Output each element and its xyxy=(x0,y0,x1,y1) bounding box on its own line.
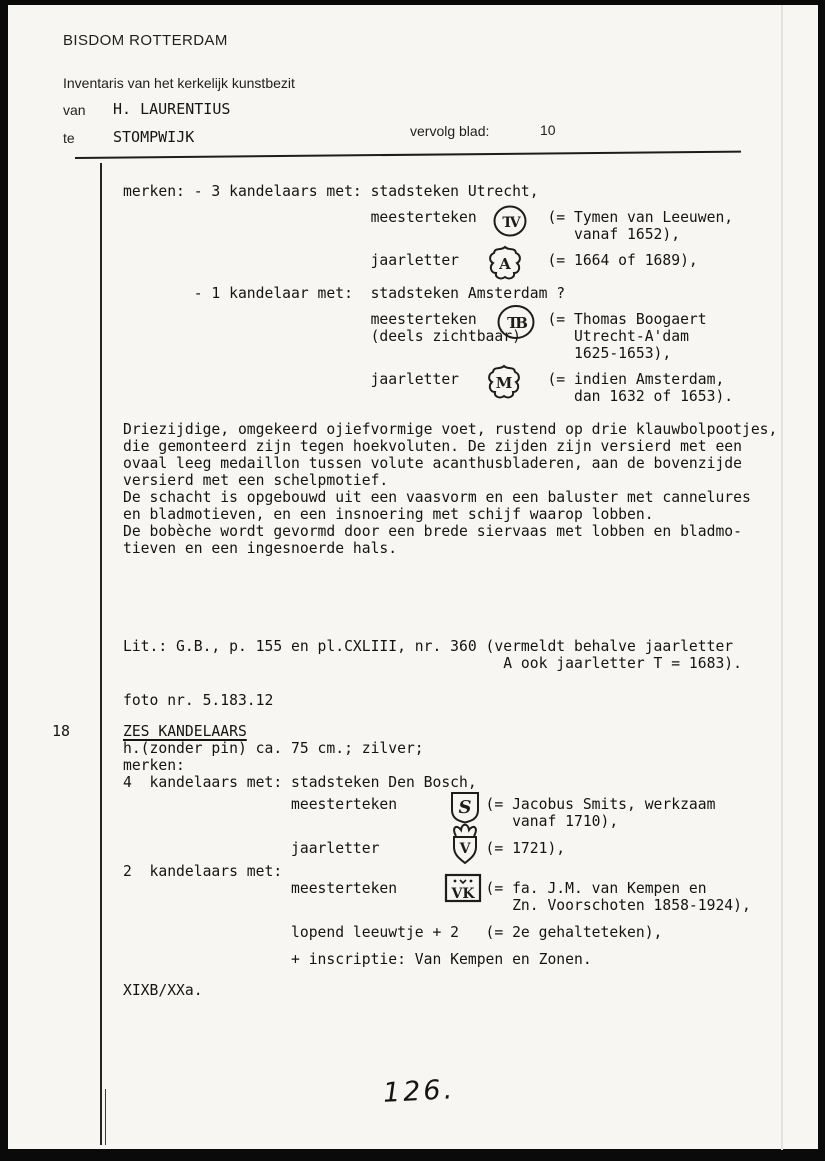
margin-rule-double xyxy=(105,1089,106,1145)
hallmark-shield-meesterteken-denbosch-icon: S xyxy=(449,790,481,824)
label-vervolg-blad: vervolg blad: xyxy=(410,123,489,139)
text-line: meesterteken (= fa. J.M. van Kempen en xyxy=(123,880,707,897)
svg-text:TB: TB xyxy=(507,314,527,332)
margin-rule xyxy=(100,163,102,1145)
text-line: jaarletter (= 1664 of 1689), xyxy=(123,252,698,269)
text-line: tieven en een ingesnoerde hals. xyxy=(123,540,397,557)
svg-text:M: M xyxy=(496,374,513,392)
literature-reference: Lit.: G.B., p. 155 en pl.CXLIII, nr. 360… xyxy=(123,638,733,655)
text-line: meesterteken (= Tymen van Leeuwen, xyxy=(123,209,733,226)
scan-edge-bottom xyxy=(0,1149,825,1161)
text-line: lopend leeuwtje + 2 (= 2e gehalteteken), xyxy=(123,924,662,941)
text-line: (deels zichtbaar) Utrecht-A'dam xyxy=(123,328,689,345)
form-subtitle: Inventaris van het kerkelijk kunstbezit xyxy=(63,75,295,91)
scan-edge-left xyxy=(0,0,8,1161)
text-line: merken: - 3 kandelaars met: stadsteken U… xyxy=(123,183,539,200)
text-line: De bobèche wordt gevormd door een brede … xyxy=(123,523,742,540)
item-number-margin: 18 xyxy=(52,722,70,740)
label-van: van xyxy=(63,102,86,118)
svg-text:V: V xyxy=(459,841,472,857)
text-line: Driezijdige, omgekeerd ojiefvormige voet… xyxy=(123,421,777,438)
label-te: te xyxy=(63,130,75,146)
handwritten-page-number: 126. xyxy=(382,1074,456,1109)
text-line: - 1 kandelaar met: stadsteken Amsterdam … xyxy=(123,285,565,302)
text-line: + inscriptie: Van Kempen en Zonen. xyxy=(123,951,592,968)
scan-edge-right xyxy=(818,0,825,1161)
value-vervolg-blad-number: 10 xyxy=(540,122,556,138)
item-title: ZES KANDELAARS xyxy=(123,723,247,740)
header-rule xyxy=(75,151,741,159)
text-line: versierd met een schelpmotief. xyxy=(123,472,388,489)
hallmark-crowned-shield-jaarletter-icon: V xyxy=(447,822,483,868)
scanned-document-page: BISDOM ROTTERDAM Inventaris van het kerk… xyxy=(0,0,825,1161)
text-line: merken: xyxy=(123,757,185,774)
hallmark-shield-jaarletter-amsterdam-icon: M xyxy=(487,363,521,401)
text-line: meesterteken (= Jacobus Smits, werkzaam xyxy=(123,796,715,813)
text-line: h.(zonder pin) ca. 75 cm.; zilver; xyxy=(123,740,424,757)
classification-code: XIXB/XXa. xyxy=(123,982,203,999)
value-place-name: STOMPWIJK xyxy=(113,128,194,146)
text-line: ovaal leeg medaillon tussen volute acant… xyxy=(123,455,742,472)
text-line: meesterteken (= Thomas Boogaert xyxy=(123,311,707,328)
text-line: 4 kandelaars met: stadsteken Den Bosch, xyxy=(123,774,477,791)
text-line: jaarletter (= 1721), xyxy=(123,840,565,857)
text-line: De schacht is opgebouwd uit een vaasvorm… xyxy=(123,489,751,506)
text-line: vanaf 1652), xyxy=(123,226,680,243)
text-line: jaarletter (= indien Amsterdam, xyxy=(123,371,724,388)
hallmark-shield-jaarletter-utrecht-icon: A xyxy=(487,244,523,282)
form-org-title: BISDOM ROTTERDAM xyxy=(63,32,228,49)
text-line: 1625-1653), xyxy=(123,345,671,362)
text-line: vanaf 1710), xyxy=(123,813,618,830)
hallmark-box-meesterteken-vankempen-icon: VK xyxy=(443,868,483,904)
value-parish-name: H. LAURENTIUS xyxy=(113,100,230,118)
literature-reference: A ook jaarletter T = 1683). xyxy=(123,655,742,672)
hallmark-circle-meesterteken-amsterdam-icon: TB xyxy=(496,304,536,342)
svg-text:A: A xyxy=(498,255,511,273)
scan-edge-top xyxy=(0,0,825,5)
svg-text:S: S xyxy=(459,797,472,818)
text-line: 2 kandelaars met: xyxy=(123,863,282,880)
text-line: Zn. Voorschoten 1858-1924), xyxy=(123,897,751,914)
hallmark-circle-meesterteken-utrecht-icon: TV xyxy=(492,204,528,238)
text-line: en bladmotieven, en een insnoering met s… xyxy=(123,506,654,523)
svg-text:VK: VK xyxy=(450,886,475,902)
text-line: die gemonteerd zijn tegen hoekvoluten. D… xyxy=(123,438,742,455)
text-line: dan 1632 of 1653). xyxy=(123,388,733,405)
photo-number: foto nr. 5.183.12 xyxy=(123,692,273,709)
svg-text:TV: TV xyxy=(502,215,521,231)
page-fold-line xyxy=(781,5,783,1150)
